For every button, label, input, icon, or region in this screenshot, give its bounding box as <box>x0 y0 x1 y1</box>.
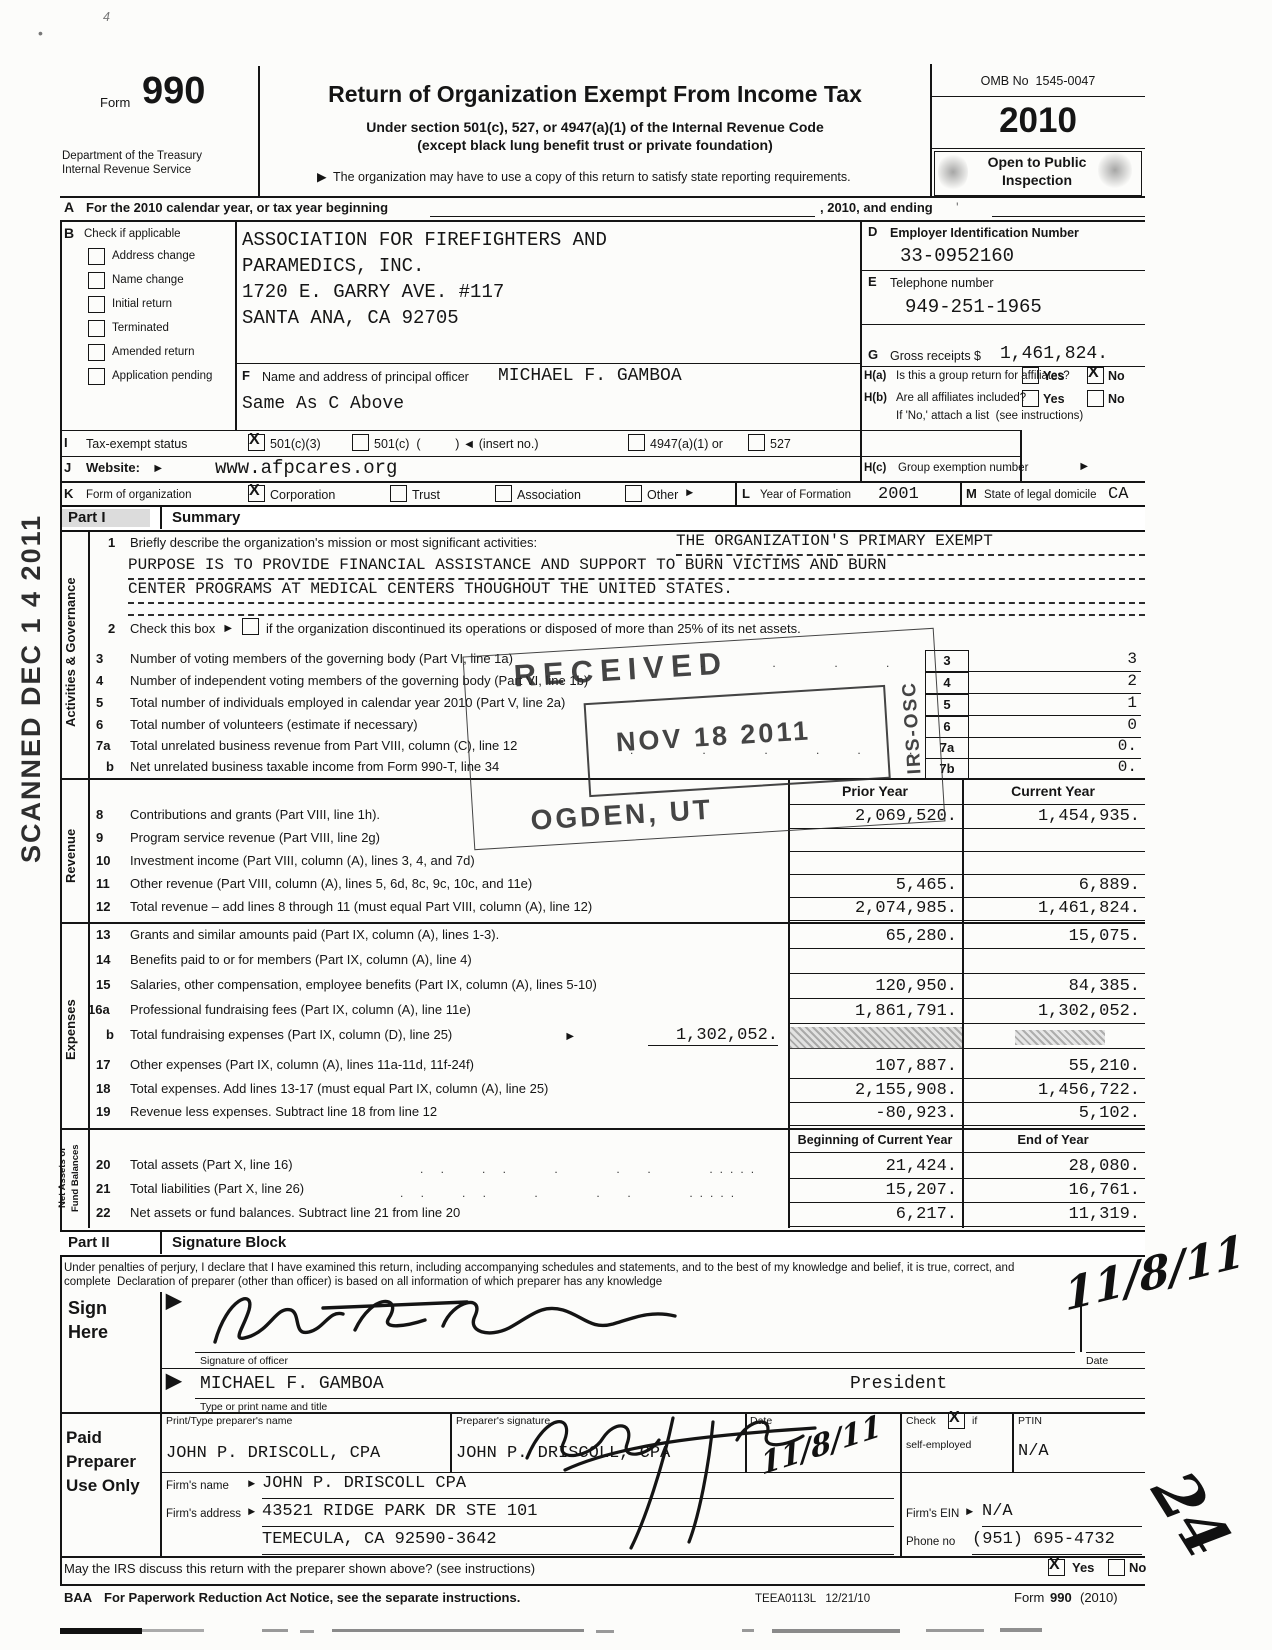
line-label: Total expenses. Add lines 13-17 (must eq… <box>130 1082 548 1097</box>
option-501c3: 501(c)(3) <box>270 437 321 451</box>
vrule <box>258 66 260 196</box>
net-row-22: 22 Net assets or fund balances. Subtract… <box>0 1206 1145 1229</box>
year-formation-value: 2001 <box>878 485 919 504</box>
form-title: Return of Organization Exempt From Incom… <box>262 82 928 108</box>
current-year-value: 6,889. <box>964 876 1145 898</box>
checkbox-name-change[interactable] <box>88 272 105 289</box>
hb-note: If 'No,' attach a list (see instructions… <box>896 410 1083 423</box>
section-b-id: B <box>64 226 74 242</box>
net-row-21: 21 Total liabilities (Part X, line 26) .… <box>0 1182 1145 1205</box>
paid-label: Paid <box>66 1428 102 1447</box>
omb-number: OMB No 1545-0047 <box>932 74 1144 88</box>
part1-title: Summary <box>172 510 240 527</box>
current-year-value: 1,454,935. <box>964 807 1145 829</box>
received-stamp: RECEIVED NOV 18 2011 OGDEN, UT IRS-OSC <box>463 628 946 850</box>
rule <box>860 324 1145 325</box>
revenue-row-10: 10 Investment income (Part VIII, column … <box>0 854 1145 877</box>
checkbox-amended-return[interactable] <box>88 344 105 361</box>
preparer-signature[interactable] <box>505 1400 855 1555</box>
rule <box>860 270 1145 271</box>
checkbox-self-employed[interactable]: X <box>948 1412 965 1429</box>
line-label: Total fundraising expenses (Part IX, col… <box>130 1028 452 1043</box>
line-num: 22 <box>96 1206 110 1221</box>
line-num: 12 <box>96 900 110 915</box>
rule <box>930 96 1145 97</box>
phone-label: Telephone number <box>890 276 994 290</box>
fundraising-inline-value: 1,302,052. <box>648 1026 778 1046</box>
scan-bar <box>596 1630 614 1633</box>
end-of-year-value: 16,761. <box>964 1181 1145 1203</box>
stamp-smudge <box>938 152 968 192</box>
line-num: 3 <box>96 652 124 667</box>
date-label: Date <box>1086 1356 1108 1368</box>
line-label: Contributions and grants (Part VIII, lin… <box>130 808 380 823</box>
prior-year-value: 107,887. <box>790 1057 962 1079</box>
officer-title: President <box>850 1374 947 1394</box>
checkbox-label: Initial return <box>112 298 172 311</box>
sign-label: Sign <box>68 1298 107 1318</box>
ein-label: Employer Identification Number <box>890 226 1079 240</box>
line-label: Net assets or fund balances. Subtract li… <box>130 1206 460 1221</box>
checkbox-label: Amended return <box>112 346 194 359</box>
current-year-value: 15,075. <box>964 927 1145 949</box>
line1-num: 1 <box>108 536 115 551</box>
rule <box>60 220 1145 222</box>
line-value: 0. <box>969 737 1141 759</box>
line-label: Salaries, other compensation, employee b… <box>130 978 597 993</box>
state-reporting-note: The organization may have to use a copy … <box>333 170 851 184</box>
arrow-icon: ► <box>1078 459 1090 473</box>
expense-row-17: 17 Other expenses (Part IX, column (A), … <box>0 1058 1145 1081</box>
legal-domicile-label: State of legal domicile <box>984 489 1097 502</box>
arrow-icon: ► <box>246 1478 257 1491</box>
shaded-cell <box>964 1027 1145 1049</box>
line-label: Total assets (Part X, line 16) <box>130 1158 293 1173</box>
checkbox-ha-yes[interactable] <box>1022 367 1039 384</box>
blank-line[interactable] <box>430 216 815 217</box>
mission-line-4-blank[interactable] <box>128 598 1145 616</box>
section-k-id: K <box>64 487 73 502</box>
current-year-value: 1,456,722. <box>964 1081 1145 1103</box>
baa-label: BAA <box>64 1591 92 1606</box>
checkbox-527[interactable] <box>748 434 765 451</box>
checkbox-4947a1[interactable] <box>628 434 645 451</box>
expense-row-19: 19 Revenue less expenses. Subtract line … <box>0 1105 1145 1128</box>
vrule <box>160 507 162 529</box>
check-label: Check <box>906 1416 936 1428</box>
gross-receipts-label: Gross receipts $ <box>890 349 981 363</box>
x-mark: X <box>249 431 260 449</box>
line-a-text: For the 2010 calendar year, or tax year … <box>86 201 388 216</box>
rule <box>60 1556 1145 1558</box>
x-mark: X <box>249 482 260 500</box>
website-value[interactable]: www.afpcares.org <box>215 458 397 479</box>
stamp-smudge <box>1015 1030 1105 1045</box>
check-if-label: if <box>972 1416 977 1428</box>
checkbox-label: Application pending <box>112 370 212 383</box>
scan-bar <box>742 1629 754 1632</box>
tax-year: 2010 <box>932 101 1144 140</box>
vrule <box>900 1472 902 1556</box>
option-501c-insert: 501(c) ( ) ◄ (insert no.) <box>374 437 539 451</box>
line-label: Benefits paid to or for members (Part IX… <box>130 953 472 968</box>
vrule <box>450 1412 452 1472</box>
dot-leader: . . . . . . . ..... <box>400 1186 770 1200</box>
prior-year-value: 120,950. <box>790 977 962 999</box>
beginning-year-value: 6,217. <box>790 1205 962 1227</box>
here-label: Here <box>68 1322 108 1342</box>
firm-ein-value: N/A <box>982 1502 1142 1527</box>
line-num: b <box>106 1028 114 1043</box>
checkbox-label: Terminated <box>112 322 169 335</box>
org-name-line2: PARAMEDICS, INC. <box>242 256 424 277</box>
irs-label: Internal Revenue Service <box>62 164 191 177</box>
form-subtitle-1: Under section 501(c), 527, or 4947(a)(1)… <box>262 120 928 136</box>
option-527: 527 <box>770 437 791 451</box>
x-mark: X <box>949 1409 960 1427</box>
rule <box>160 1368 1145 1369</box>
arrow-icon: ► <box>564 1029 576 1043</box>
irs-discuss-question: May the IRS discuss this return with the… <box>64 1562 535 1577</box>
line-value: 1 <box>969 694 1141 716</box>
footer-code: TEEA0113L 12/21/10 <box>755 1593 870 1606</box>
rule <box>60 922 1145 924</box>
vrule <box>1012 1412 1014 1472</box>
scan-bar <box>300 1630 314 1633</box>
expense-row-16b: b Total fundraising expenses (Part IX, c… <box>0 1028 1145 1055</box>
line-label: Program service revenue (Part VIII, line… <box>130 831 380 846</box>
discuss-yes-label: Yes <box>1072 1561 1094 1576</box>
line-label: Revenue less expenses. Subtract line 18 … <box>130 1105 437 1120</box>
vrule <box>235 220 237 430</box>
vrule <box>160 1292 162 1412</box>
line2-num: 2 <box>108 622 115 637</box>
hb-yes-label: Yes <box>1043 392 1065 406</box>
scan-bar <box>60 1628 142 1634</box>
scan-bar <box>926 1629 984 1632</box>
section-l-id: L <box>742 487 750 502</box>
option-other: Other <box>647 488 678 502</box>
officer-printed-name: MICHAEL F. GAMBOA <box>200 1374 384 1394</box>
section-g-id: G <box>868 348 878 363</box>
firm-name-label: Firm's name <box>166 1480 229 1493</box>
line-label: Grants and similar amounts paid (Part IX… <box>130 928 499 943</box>
form-word: Form <box>100 96 130 111</box>
end-of-year-value: 11,319. <box>964 1205 1145 1227</box>
line-label: Total liabilities (Part X, line 26) <box>130 1182 304 1197</box>
line-num: 19 <box>96 1105 110 1120</box>
line-num: 21 <box>96 1182 110 1197</box>
rule <box>60 1128 1145 1130</box>
checkbox-trust[interactable] <box>390 485 407 502</box>
part2-title: Signature Block <box>172 1235 286 1252</box>
vrule <box>860 220 862 482</box>
current-year-value <box>964 952 1145 974</box>
arrow-icon: ► <box>684 487 695 500</box>
checkbox-discontinued[interactable] <box>242 618 259 635</box>
gross-receipts-value: 1,461,824. <box>1000 344 1108 364</box>
vrule <box>160 1412 162 1556</box>
option-association: Association <box>517 488 581 502</box>
line-num: 7a <box>96 739 110 754</box>
line-value: 0 <box>969 716 1141 738</box>
prior-year-value <box>790 853 962 875</box>
line-num: 9 <box>96 831 103 846</box>
form-subtitle-2: (except black lung benefit trust or priv… <box>262 138 928 154</box>
col-header-current-year: Current Year <box>964 784 1142 800</box>
line-num: 8 <box>96 808 103 823</box>
checkbox-other[interactable] <box>625 485 642 502</box>
rule <box>60 1584 1145 1586</box>
use-only-label: Use Only <box>66 1476 140 1495</box>
blank-line[interactable] <box>992 216 1145 217</box>
checkbox-ha-no[interactable]: X <box>1087 367 1104 384</box>
rule <box>60 481 1145 483</box>
arrow-icon: ▶ <box>317 170 327 184</box>
rule <box>60 430 1020 431</box>
vrule <box>735 481 737 505</box>
mission-line-2[interactable]: PURPOSE IS TO PROVIDE FINANCIAL ASSISTAN… <box>128 557 1145 580</box>
expense-row-18: 18 Total expenses. Add lines 13-17 (must… <box>0 1082 1145 1105</box>
mission-line-1[interactable]: THE ORGANIZATION'S PRIMARY EXEMPT <box>676 533 1145 556</box>
current-year-value: 1,461,824. <box>964 899 1145 921</box>
form-990-scanned-page: • 4 ' Form 990 Return of Organization Ex… <box>0 0 1272 1650</box>
checkbox-501c3[interactable]: X <box>248 434 265 451</box>
principal-officer-name: MICHAEL F. GAMBOA <box>498 366 682 386</box>
prior-year-value: 65,280. <box>790 927 962 949</box>
prior-year-value: 2,074,985. <box>790 899 962 921</box>
rule <box>60 196 1145 198</box>
prior-year-value: 5,465. <box>790 876 962 898</box>
arrow-icon: ► <box>964 1506 975 1519</box>
section-i-id: I <box>64 436 68 451</box>
section-m-id: M <box>966 487 977 502</box>
expense-row-15: 15 Salaries, other compensation, employe… <box>0 978 1145 1001</box>
line-num: 14 <box>96 953 110 968</box>
hc-text: Group exemption number <box>898 462 1028 475</box>
hb-id: H(b) <box>864 392 887 405</box>
end-of-year-value: 28,080. <box>964 1157 1145 1179</box>
footer-form-word: Form <box>1014 1591 1044 1606</box>
rule <box>788 1152 1145 1153</box>
line-value: 2 <box>969 672 1141 694</box>
part1-id: Part I <box>68 510 106 527</box>
website-label: Website: <box>86 461 140 476</box>
x-mark: X <box>1088 364 1099 382</box>
line1-label: Briefly describe the organization's miss… <box>130 536 537 551</box>
principal-officer-address: Same As C Above <box>242 394 404 414</box>
scan-artifact: ' <box>956 200 959 216</box>
option-4947a1: 4947(a)(1) or <box>650 437 723 451</box>
org-name-line1: ASSOCIATION FOR FIREFIGHTERS AND <box>242 230 607 251</box>
current-year-value: 1,302,052. <box>964 1002 1145 1024</box>
beginning-year-value: 15,207. <box>790 1181 962 1203</box>
arrow-icon: ▶ <box>166 1290 181 1312</box>
current-year-value: 5,102. <box>964 1104 1145 1126</box>
ha-id: H(a) <box>864 370 886 383</box>
prior-year-value <box>790 952 962 974</box>
option-trust: Trust <box>412 488 440 502</box>
scan-artifact: • <box>38 26 43 42</box>
scan-bar <box>1000 1628 1042 1632</box>
shaded-cell <box>790 1027 962 1049</box>
arrow-icon: ► <box>152 461 164 475</box>
scan-bar <box>332 1629 584 1632</box>
rule <box>60 456 1020 457</box>
revenue-row-12: 12 Total revenue – add lines 8 through 1… <box>0 900 1145 923</box>
org-city-state-zip: SANTA ANA, CA 92705 <box>242 308 459 329</box>
prior-year-value: 1,861,791. <box>790 1002 962 1024</box>
line-num: 18 <box>96 1082 110 1097</box>
vrule <box>900 1412 902 1472</box>
prior-year-value <box>790 830 962 852</box>
expense-row-13: 13 Grants and similar amounts paid (Part… <box>0 928 1145 951</box>
expense-row-16a: 16a Professional fundraising fees (Part … <box>0 1003 1145 1026</box>
part1-header-bar: Part I Summary <box>60 505 1145 532</box>
part2-header-bar: Part II Signature Block <box>60 1230 1145 1257</box>
scan-bar <box>772 1629 900 1633</box>
tax-exempt-status-label: Tax-exempt status <box>86 437 187 451</box>
org-address: 1720 E. GARRY AVE. #117 <box>242 282 504 303</box>
checkbox-label: Name change <box>112 274 184 287</box>
line-num: 13 <box>96 928 110 943</box>
line-label: Other revenue (Part VIII, column (A), li… <box>130 877 532 892</box>
expense-row-14: 14 Benefits paid to or for members (Part… <box>0 953 1145 976</box>
baa-text: For Paperwork Reduction Act Notice, see … <box>104 1591 520 1606</box>
ha-no-label: No <box>1108 369 1125 383</box>
checkbox-discuss-yes[interactable]: X <box>1048 1559 1065 1576</box>
section-e-id: E <box>868 275 877 290</box>
scan-artifact: 4 <box>103 10 110 24</box>
checkbox-hb-yes[interactable] <box>1022 390 1039 407</box>
line-a-id: A <box>64 200 74 216</box>
section-f-id: F <box>242 369 250 384</box>
net-row-20: 20 Total assets (Part X, line 16) . . . … <box>0 1158 1145 1181</box>
vrule <box>160 1232 162 1254</box>
section-j-id: J <box>64 461 71 476</box>
checkbox-discuss-no[interactable] <box>1108 1559 1125 1576</box>
beginning-year-value: 21,424. <box>790 1157 962 1179</box>
line-num: b <box>106 760 114 775</box>
phone-no-label: Phone no <box>906 1536 955 1549</box>
year-formation-label: Year of Formation <box>760 489 851 502</box>
checkbox-501c-insert[interactable] <box>352 434 369 451</box>
line2-text-pre: Check this box <box>130 622 215 637</box>
col-header-end-of-year: End of Year <box>964 1133 1142 1148</box>
current-year-value: 55,210. <box>964 1057 1145 1079</box>
dot-leader: . . . . . . . ..... <box>420 1162 770 1176</box>
rule <box>235 363 860 364</box>
legal-domicile-value: CA <box>1108 485 1128 504</box>
section-b-title: Check if applicable <box>84 228 181 241</box>
line2-text-post: if the organization discontinued its ope… <box>266 622 801 637</box>
ein-value: 33-0952160 <box>900 246 1014 267</box>
current-year-value <box>964 830 1145 852</box>
checkbox-address-change[interactable] <box>88 248 105 265</box>
stamp-smudge <box>1098 150 1132 190</box>
handwritten-page-number: 24 <box>1137 1459 1245 1571</box>
prior-year-value: 2,155,908. <box>790 1081 962 1103</box>
form-of-org-label: Form of organization <box>86 489 191 502</box>
checkbox-terminated[interactable] <box>88 320 105 337</box>
hb-text: Are all affiliates included? <box>896 392 1026 405</box>
checkbox-initial-return[interactable] <box>88 296 105 313</box>
checkbox-association[interactable] <box>495 485 512 502</box>
line-num: 20 <box>96 1158 110 1173</box>
line-label: Total unrelated business revenue from Pa… <box>130 739 517 754</box>
perjury-line-1: Under penalties of perjury, I declare th… <box>64 1262 1014 1275</box>
x-mark: X <box>1049 1556 1060 1574</box>
vrule <box>960 481 962 505</box>
current-year-value <box>964 853 1145 875</box>
line-label: Professional fundraising fees (Part IX, … <box>130 1003 471 1018</box>
scan-bar <box>262 1629 288 1632</box>
line-label: Total revenue – add lines 8 through 11 (… <box>130 900 592 915</box>
arrow-icon: ► <box>246 1506 257 1519</box>
form-number: 990 <box>142 70 205 113</box>
principal-officer-label: Name and address of principal officer <box>262 370 469 384</box>
footer-form-year: (2010) <box>1080 1591 1118 1606</box>
prior-year-value: -80,923. <box>790 1104 962 1126</box>
line-value: 3 <box>969 650 1141 672</box>
footer-form-number: 990 <box>1050 1591 1072 1606</box>
line-num: 15 <box>96 978 110 993</box>
self-employed-label: self-employed <box>906 1440 971 1452</box>
line-num: 5 <box>96 696 103 711</box>
checkbox-application-pending[interactable] <box>88 368 105 385</box>
col-header-beginning-year: Beginning of Current Year <box>790 1133 960 1147</box>
line-label: Number of voting members of the governin… <box>130 652 513 667</box>
hc-id: H(c) <box>864 462 886 475</box>
scan-bar <box>142 1629 204 1632</box>
phone-value: 949-251-1965 <box>905 297 1042 318</box>
arrow-icon: ▶ <box>166 1370 181 1392</box>
revenue-row-11: 11 Other revenue (Part VIII, column (A),… <box>0 877 1145 900</box>
preparer-label: Preparer <box>66 1452 136 1471</box>
firm-ein-label: Firm's EIN <box>906 1508 959 1521</box>
line-num: 16a <box>88 1003 110 1018</box>
line-num: 4 <box>96 674 103 689</box>
phone-no-value: (951) 695-4732 <box>972 1530 1142 1555</box>
line-num: 17 <box>96 1058 110 1073</box>
ha-yes-label: Yes <box>1043 369 1065 383</box>
ptin-label: PTIN <box>1018 1416 1042 1428</box>
line-value: 0. <box>969 758 1141 780</box>
checkbox-corporation[interactable]: X <box>248 485 265 502</box>
arrow-icon: ► <box>222 621 234 635</box>
discuss-no-label: No <box>1129 1561 1146 1576</box>
line-label: Other expenses (Part IX, column (A), lin… <box>130 1058 474 1073</box>
section-d-id: D <box>868 225 877 240</box>
part2-id: Part II <box>68 1235 110 1252</box>
line-label: Total number of volunteers (estimate if … <box>130 718 418 733</box>
date-line[interactable] <box>1086 1352 1145 1353</box>
hb-no-label: No <box>1108 392 1125 406</box>
firm-address-label: Firm's address <box>166 1508 241 1521</box>
preparer-name-value: JOHN P. DRISCOLL, CPA <box>166 1444 380 1463</box>
ptin-value: N/A <box>1018 1442 1049 1461</box>
dept-treasury: Department of the Treasury <box>62 150 202 163</box>
line-label: Investment income (Part VIII, column (A)… <box>130 854 475 869</box>
line-label: Net unrelated business taxable income fr… <box>130 760 499 775</box>
current-year-value: 84,385. <box>964 977 1145 999</box>
line-num: 6 <box>96 718 103 733</box>
checkbox-hb-no[interactable] <box>1087 390 1104 407</box>
officer-signature[interactable] <box>205 1284 695 1358</box>
checkbox-label: Address change <box>112 250 195 263</box>
option-corporation: Corporation <box>270 488 335 502</box>
preparer-name-label: Print/Type preparer's name <box>166 1416 292 1428</box>
